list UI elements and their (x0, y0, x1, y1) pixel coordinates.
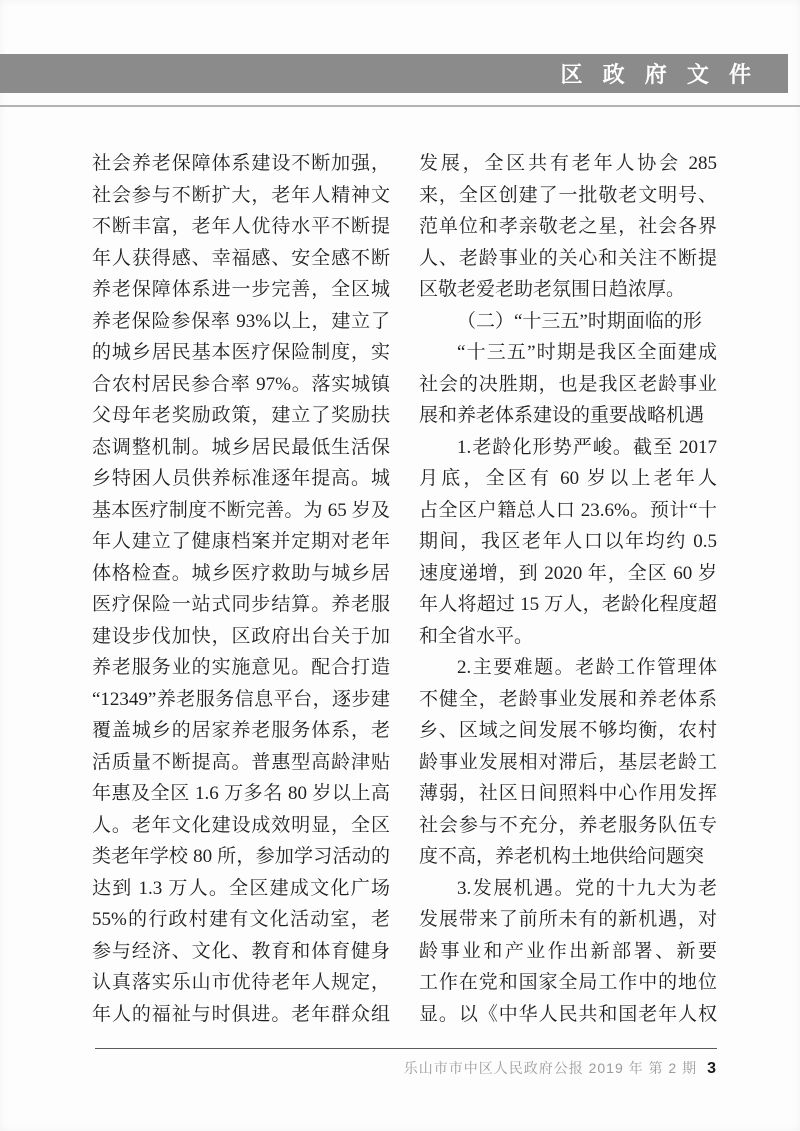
text-line: 社会参与不充分，养老服务队伍专业化程 (419, 810, 717, 842)
header-rule (0, 105, 800, 107)
text-line: 范单位和孝亲敬老之星，社会各界对老年 (419, 211, 717, 243)
text-line: 父母年老奖励政策，建立了奖励扶助金动 (92, 400, 390, 432)
text-line: 薄弱，社区日间照料中心作用发挥不够， (419, 778, 717, 810)
page-number: 3 (707, 1060, 717, 1077)
text-line: 龄事业发展相对滞后，基层老龄工作基础 (419, 747, 717, 779)
header-bar: 区 政 府 文 件 (0, 54, 788, 93)
text-line: 年惠及全区 1.6 万多名 80 岁以上高龄老 (92, 778, 390, 810)
text-line: 养老保险参保率 93%以上，建立了城乡统筹 (92, 306, 390, 338)
text-line: 工作在党和国家全局工作中的地位更加凸 (419, 967, 717, 999)
text-line: 展和养老体系建设的重要战略机遇期。 (419, 400, 717, 432)
text-line: 人、老龄事业的关心和关注不断提高，全 (419, 243, 717, 275)
text-line: 达到 1.3 万人。全区建成文化广场 25 个， (92, 873, 390, 905)
text-line: 类老年学校 80 所，参加学习活动的老年人 (92, 841, 390, 873)
text-line: 参与经济、文化、教育和体育健身活动。 (92, 936, 390, 968)
text-line: 发展带来了前所未有的新机遇，对发展老 (419, 904, 717, 936)
text-line: 速度递增，到 2020 年，全区 60 岁以上老 (419, 558, 717, 590)
text-line: 覆盖城乡的居家养老服务体系，老年人生 (92, 715, 390, 747)
text-line: 区敬老爱老助老氛围日趋浓厚。 (419, 274, 717, 306)
text-line: 显。以《中华人民共和国老年人权益保障 (419, 999, 717, 1031)
text-line: “十三五”时期是我区全面建成小康 (419, 337, 717, 369)
text-line: 不断丰富，老年人优待水平不断提升，老 (92, 211, 390, 243)
text-line: 不健全，老龄事业发展和养老体系建设城 (419, 684, 717, 716)
text-line: 1.老龄化形势严峻。截至 2017 年 12 (419, 432, 717, 464)
text-line: 体格检查。城乡医疗救助与城乡居民基本 (92, 558, 390, 590)
text-line: 认真落实乐山市优待老年人规定，全区老 (92, 967, 390, 999)
text-line: 社会的决胜期，也是我区老龄事业改革发 (419, 369, 717, 401)
text-line: 度不高，养老机构土地供给问题突出。 (419, 841, 717, 873)
text-line: 和全省水平。 (419, 621, 717, 653)
document-page: 区 政 府 文 件 社会养老保障体系建设不断加强，老年人社会参与不断扩大，老年人… (0, 0, 800, 1131)
text-line: 的城乡居民基本医疗保险制度，实现新农 (92, 337, 390, 369)
right-text-column: 发展，全区共有老年人协会 285 个。五年来，全区创建了一批敬老文明号、敬老模范… (419, 148, 717, 1030)
text-line: 活质量不断提高。普惠型高龄津贴制度每 (92, 747, 390, 779)
text-line: 人。老年文化建设成效明显，全区共有各 (92, 810, 390, 842)
text-line: 月底，全区有 60 岁以上老年人 13.84 万， (419, 463, 717, 495)
text-line: 医疗保险一站式同步结算。养老服务体系 (92, 589, 390, 621)
document-body: 社会养老保障体系建设不断加强，老年人社会参与不断扩大，老年人精神文化生活不断丰富… (92, 148, 717, 1030)
footer-publication-text: 乐山市市中区人民政府公报 2019 年 第 2 期 (404, 1060, 697, 1076)
text-line: 建设步伐加快，区政府出台关于加快发展 (92, 621, 390, 653)
text-line: 乡特困人员供养标准逐年提高。城乡居民 (92, 463, 390, 495)
left-text-column: 社会养老保障体系建设不断加强，老年人社会参与不断扩大，老年人精神文化生活不断丰富… (92, 148, 390, 1030)
text-line: 态调整机制。城乡居民最低生活保障和城 (92, 432, 390, 464)
text-line: 社会养老保障体系建设不断加强，老年人 (92, 148, 390, 180)
text-line: 发展，全区共有老年人协会 285 个。五年 (419, 148, 717, 180)
text-line: 乡、区域之间发展不够均衡，农村地区老 (419, 715, 717, 747)
text-line: 基本医疗制度不断完善。为 65 岁及以上老 (92, 495, 390, 527)
text-line: 年人将超过 15 万人，老龄化程度超过全国 (419, 589, 717, 621)
text-line: 龄事业和产业作出新部署、新要求，老龄 (419, 936, 717, 968)
text-line: （二）“十三五”时期面临的形势。 (419, 306, 717, 338)
page-footer: 乐山市市中区人民政府公报 2019 年 第 2 期3 (95, 1058, 717, 1078)
page-header-title: 区 政 府 文 件 (561, 58, 758, 89)
text-line: 年人获得感、幸福感、安全感不断增强。 (92, 243, 390, 275)
text-line: 合农村居民参合率 97%。落实城镇独生子女 (92, 369, 390, 401)
footer-rule (95, 1048, 717, 1049)
text-line: 55%的行政村建有文化活动室，老年人积极 (92, 904, 390, 936)
text-line: 来，全区创建了一批敬老文明号、敬老模 (419, 180, 717, 212)
text-line: 占全区户籍总人口 23.6%。预计“十三五” (419, 495, 717, 527)
text-line: “12349”养老服务信息平台，逐步建立起 (92, 684, 390, 716)
text-line: 年人的福祉与时俱进。老年群众组织规范 (92, 999, 390, 1031)
text-line: 养老保障体系进一步完善，全区城乡居民 (92, 274, 390, 306)
text-line: 3.发展机遇。党的十九大为老龄事业 (419, 873, 717, 905)
text-line: 期间，我区老年人口以年均约 0.5 万人的 (419, 526, 717, 558)
text-line: 社会参与不断扩大，老年人精神文化生活 (92, 180, 390, 212)
text-line: 年人建立了健康档案并定期对老年人进行 (92, 526, 390, 558)
text-line: 养老服务业的实施意见。配合打造了 (92, 652, 390, 684)
text-line: 2.主要难题。老龄工作管理体制机制 (419, 652, 717, 684)
